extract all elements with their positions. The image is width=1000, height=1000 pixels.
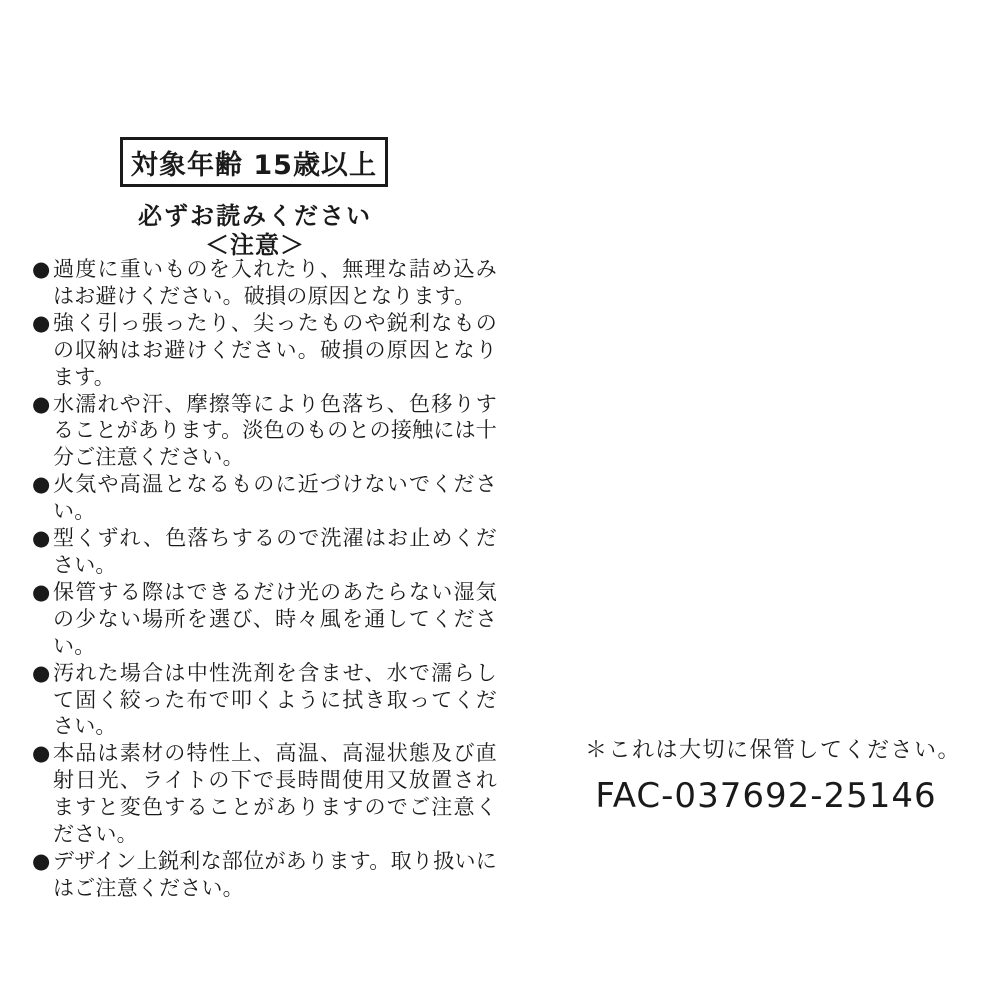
caution-list: ● 過度に重いものを入れたり、無理な詰め込みはお避けください。破損の原因となりま… (33, 256, 497, 902)
caution-item: ● 汚れた場合は中性洗剤を含ませ、水で濡らして固く絞った布で叩くように拭き取って… (33, 660, 497, 741)
caution-text: 型くずれ、色落ちするので洗濯はお止めください。 (53, 526, 497, 577)
caution-text: デザイン上鋭利な部位があります。取り扱いにはご注意ください。 (53, 849, 497, 900)
bullet-icon: ● (32, 579, 51, 606)
caution-item: ● 強く引っ張ったり、尖ったものや鋭利なものの収納はお避けください。破損の原因と… (33, 310, 497, 391)
bullet-icon: ● (32, 256, 51, 283)
caution-text: 水濡れや汗、摩擦等により色落ち、色移りすることがあります。淡色のものとの接触には… (53, 392, 497, 470)
product-code: FAC-037692-25146 (585, 776, 947, 816)
caution-item: ● 水濡れや汗、摩擦等により色落ち、色移りすることがあります。淡色のものとの接触… (33, 391, 497, 472)
keep-note: ＊これは大切に保管してください。 (585, 733, 947, 764)
caution-text: 保管する際はできるだけ光のあたらない湿気の少ない場所を選び、時々風を通してくださ… (53, 580, 497, 658)
caution-item: ● 型くずれ、色落ちするので洗濯はお止めください。 (33, 525, 497, 579)
caution-text: 過度に重いものを入れたり、無理な詰め込みはお避けください。破損の原因となります。 (53, 257, 497, 308)
bullet-icon: ● (32, 740, 51, 767)
bullet-icon: ● (32, 848, 51, 875)
caution-text: 汚れた場合は中性洗剤を含ませ、水で濡らして固く絞った布で叩くように拭き取ってくだ… (53, 661, 497, 739)
age-restriction-label: 対象年齢 15歳以上 (131, 143, 377, 182)
caution-heading: ＜注意＞ (110, 225, 400, 260)
caution-text: 火気や高温となるものに近づけないでください。 (53, 472, 497, 523)
bullet-icon: ● (32, 525, 51, 552)
caution-text: 強く引っ張ったり、尖ったものや鋭利なものの収納はお避けください。破損の原因となり… (53, 311, 497, 389)
bullet-icon: ● (32, 471, 51, 498)
bullet-icon: ● (32, 660, 51, 687)
caution-item: ● 本品は素材の特性上、高温、高湿状態及び直射日光、ライトの下で長時間使用又放置… (33, 740, 497, 848)
caution-item: ● デザイン上鋭利な部位があります。取り扱いにはご注意ください。 (33, 848, 497, 902)
caution-item: ● 保管する際はできるだけ光のあたらない湿気の少ない場所を選び、時々風を通してく… (33, 579, 497, 660)
caution-item: ● 火気や高温となるものに近づけないでください。 (33, 471, 497, 525)
age-restriction-box: 対象年齢 15歳以上 (120, 137, 388, 187)
caution-item: ● 過度に重いものを入れたり、無理な詰め込みはお避けください。破損の原因となりま… (33, 256, 497, 310)
caution-text: 本品は素材の特性上、高温、高湿状態及び直射日光、ライトの下で長時間使用又放置され… (53, 741, 497, 846)
caution-sheet: 対象年齢 15歳以上 必ずお読みください ＜注意＞ ● 過度に重いものを入れたり… (0, 0, 1000, 1000)
bullet-icon: ● (32, 391, 51, 418)
bullet-icon: ● (32, 310, 51, 337)
storage-note-block: ＊これは大切に保管してください。 FAC-037692-25146 (585, 733, 947, 816)
